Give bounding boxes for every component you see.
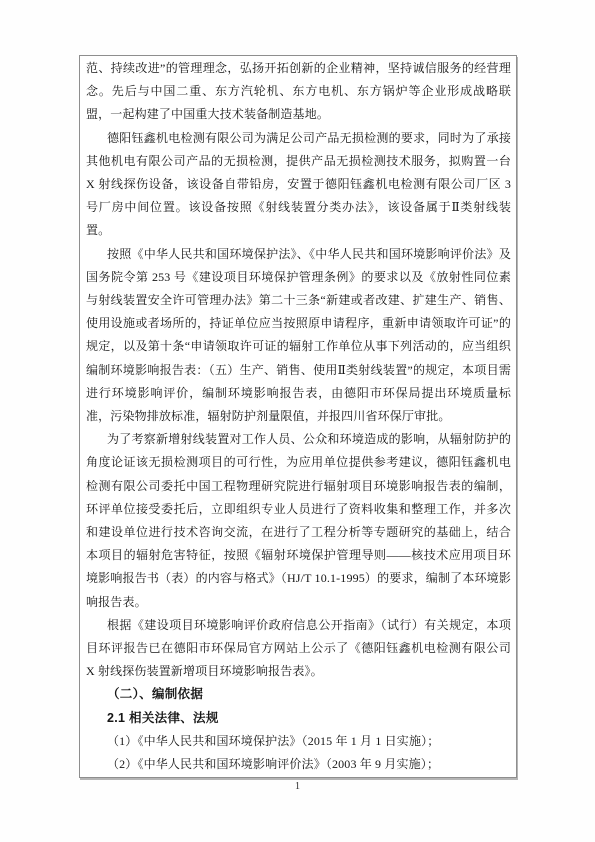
list-item: （2）《中华人民共和国环境影响评价法》（2003 年 9 月实施）； <box>86 753 511 776</box>
paragraph: 德阳钰鑫机电检测有限公司为满足公司产品无损检测的要求，同时为了承接其他机电有限公… <box>86 127 511 243</box>
document-page: 范、持续改进”的管理理念，弘扬开拓创新的企业精神，坚持诚信服务的经营理念。先后与… <box>0 0 595 842</box>
paragraph: 根据《建设项目环境影响评价政府信息公开指南》（试行）有关规定，本项目环评报告已在… <box>86 614 511 684</box>
content-frame: 范、持续改进”的管理理念，弘扬开拓创新的企业精神，坚持诚信服务的经营理念。先后与… <box>79 55 517 778</box>
list-item: （3）《中华人民共和国放射性污染防治法》（2003 年 10 月 1 日实施）； <box>86 776 511 778</box>
section-heading: （二）、编制依据 <box>86 683 511 706</box>
paragraph: 按照《中华人民共和国环境保护法》、《中华人民共和国环境影响评价法》及国务院令第 … <box>86 243 511 429</box>
page-number: 1 <box>0 781 595 792</box>
subsection-heading: 2.1 相关法律、法规 <box>86 707 511 730</box>
paragraph: 范、持续改进”的管理理念，弘扬开拓创新的企业精神，坚持诚信服务的经营理念。先后与… <box>86 57 511 127</box>
paragraph: 为了考察新增射线装置对工作人员、公众和环境造成的影响，从辐射防护的角度论证该无损… <box>86 428 511 614</box>
list-item: （1）《中华人民共和国环境保护法》（2015 年 1 月 1 日实施）； <box>86 730 511 753</box>
